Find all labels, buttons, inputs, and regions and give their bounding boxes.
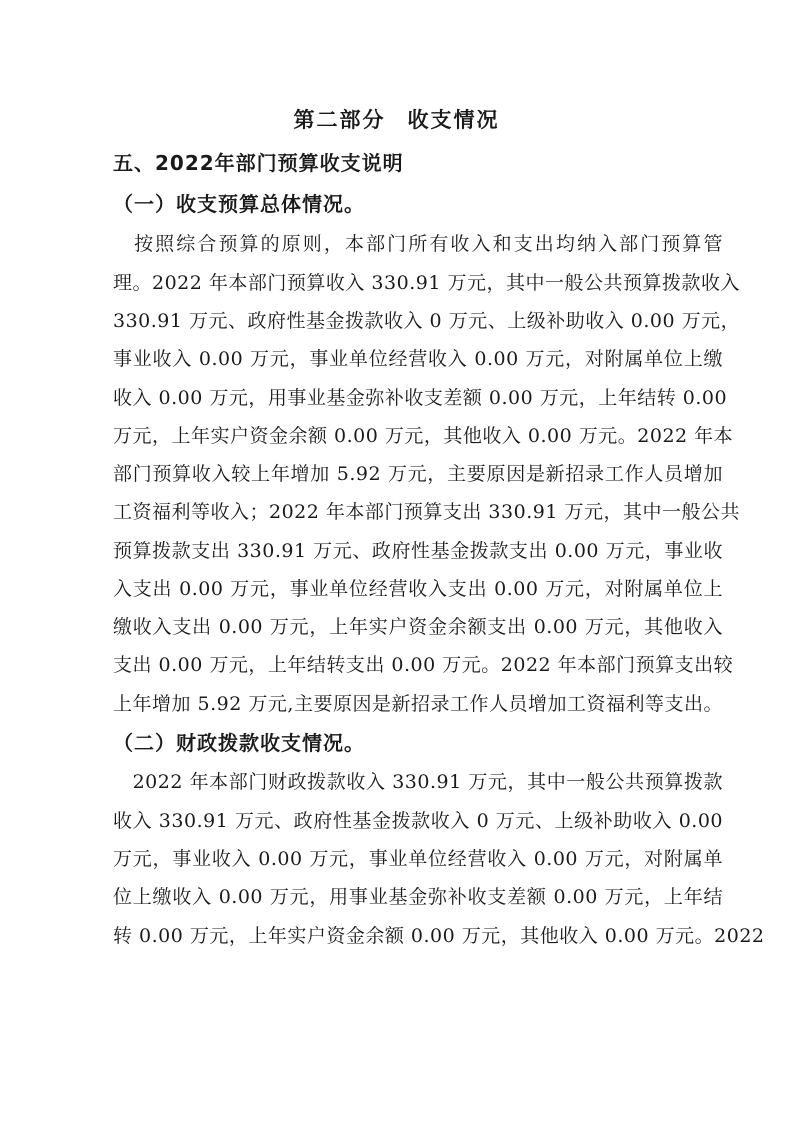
- paragraph-line: 收入 330.91 万元、政府性基金拨款收入 0 万元、上级补助收入 0.00: [113, 806, 723, 833]
- paragraph-line: 330.91 万元、政府性基金拨款收入 0 万元、上级补助收入 0.00 万元，: [113, 306, 723, 333]
- paragraph-line: 万元，上年实户资金余额 0.00 万元，其他收入 0.00 万元。2022 年本: [113, 421, 723, 448]
- paragraph-line: 上年增加 5.92 万元,主要原因是新招录工作人员增加工资福利等支出。: [113, 689, 723, 716]
- paragraph-line: 按照综合预算的原则，本部门所有收入和支出均纳入部门预算管: [113, 229, 723, 256]
- paragraph-line: 事业收入 0.00 万元，事业单位经营收入 0.00 万元，对附属单位上缴: [113, 344, 723, 371]
- paragraph-line: 支出 0.00 万元，上年结转支出 0.00 万元。2022 年本部门预算支出较: [113, 650, 723, 677]
- part-title: 第二部分收支情况: [0, 104, 793, 134]
- paragraph-line: 2022 年本部门财政拨款收入 330.91 万元，其中一般公共预算拨款: [113, 767, 723, 794]
- paragraph-line: 万元，事业收入 0.00 万元，事业单位经营收入 0.00 万元，对附属单: [113, 844, 723, 871]
- section-heading: 五、2022年部门预算收支说明: [113, 147, 404, 176]
- paragraph-line: 收入 0.00 万元，用事业基金弥补收支差额 0.00 万元，上年结转 0.00: [113, 383, 723, 410]
- paragraph-line: 位上缴收入 0.00 万元，用事业基金弥补收支差额 0.00 万元，上年结: [113, 882, 723, 909]
- subsection-heading-fiscal: （二）财政拨款收支情况。: [113, 727, 365, 756]
- paragraph-line: 缴收入支出 0.00 万元，上年实户资金余额支出 0.00 万元，其他收入: [113, 612, 723, 639]
- paragraph-line: 入支出 0.00 万元，事业单位经营收入支出 0.00 万元，对附属单位上: [113, 574, 723, 601]
- paragraph-line: 理。2022 年本部门预算收入 330.91 万元，其中一般公共预算拨款收入: [113, 268, 723, 295]
- part-name: 收支情况: [408, 108, 500, 132]
- paragraph-line: 工资福利等收入；2022 年本部门预算支出 330.91 万元，其中一般公共: [113, 497, 723, 524]
- paragraph-line: 预算拨款支出 330.91 万元、政府性基金拨款支出 0.00 万元，事业收: [113, 536, 723, 563]
- subsection-heading-overall: （一）收支预算总体情况。: [113, 188, 365, 217]
- paragraph-line: 部门预算收入较上年增加 5.92 万元，主要原因是新招录工作人员增加: [113, 459, 723, 486]
- document-page: 第二部分收支情况 五、2022年部门预算收支说明 （一）收支预算总体情况。 按照…: [0, 0, 793, 1122]
- paragraph-line: 转 0.00 万元，上年实户资金余额 0.00 万元，其他收入 0.00 万元。…: [113, 921, 723, 948]
- part-number: 第二部分: [294, 108, 386, 132]
